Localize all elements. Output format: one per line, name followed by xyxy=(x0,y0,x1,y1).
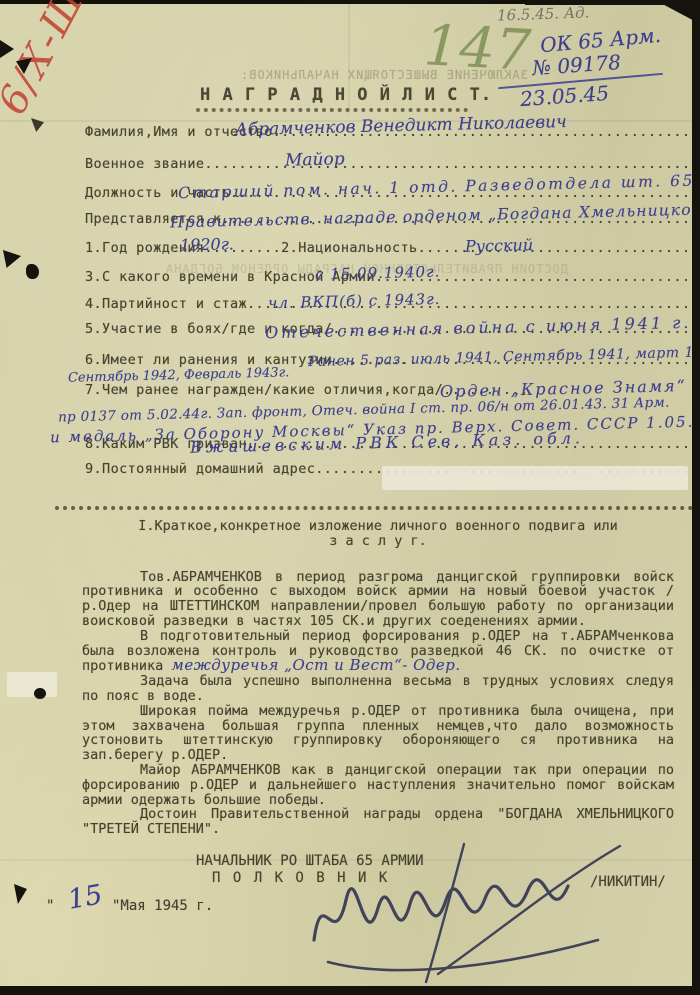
field-birth-nationality-label: 1.Год рождения.........2.Национальность.… xyxy=(85,240,687,256)
document-title: Н А Г Р А Д Н О Й Л И С Т. xyxy=(200,85,492,105)
citation-paragraph-2: В подготовительный период форсирования р… xyxy=(82,629,674,674)
citation-heading-line1: I.Краткое,конкретное изложение личного в… xyxy=(82,519,674,534)
date-quote-open: " xyxy=(46,898,54,914)
citation-heading-line2: з а с л у г. xyxy=(82,534,674,549)
citation-section: I.Краткое,конкретное изложение личного в… xyxy=(82,519,674,837)
paper-patch xyxy=(382,466,688,490)
scan-edge-bottom xyxy=(0,986,700,995)
dotted-separator xyxy=(55,506,693,510)
date-day-handwritten: 15 xyxy=(66,879,105,915)
paper-tear xyxy=(26,264,39,279)
field-nationality-value: Русский xyxy=(465,235,534,256)
paper-patch xyxy=(7,672,57,697)
field-rank-label: Военное звание..........................… xyxy=(85,156,687,172)
citation-paragraph-1: Тов.АБРАМЧЕНКОВ в период разгрома данциг… xyxy=(82,570,674,629)
citation-paragraph-4: Широкая пойма междуречья р.ОДЕР от проти… xyxy=(82,704,674,763)
signature-ink xyxy=(298,842,628,990)
citation-paragraph-5: Майор АБРАМЧЕНКОВ как в данцигской опера… xyxy=(82,763,674,807)
bleedthrough-text-title: ЗАКЛЮЧЕНИЕ ВЫШЕСТОЯЩИХ НАЧАЛЬНИКОВ: xyxy=(240,68,528,82)
scan-edge-right xyxy=(692,0,700,995)
citation-paragraph-6: Достоин Правительственной награды ордена… xyxy=(82,807,674,837)
citation-paragraph-2-handwritten: междуречья „Ост и Вест“- Одер. xyxy=(171,656,460,674)
scanned-award-document: 16.5.45. Ад. 147 ОК 65 Арм. № 09178 23.0… xyxy=(0,0,700,995)
title-underline xyxy=(196,108,468,112)
paper-sheet xyxy=(0,4,692,986)
field-birth-value: 1920г. xyxy=(180,234,234,254)
paper-tear xyxy=(34,688,46,699)
date-rest: "Мая 1945 г. xyxy=(112,898,213,914)
citation-paragraph-3: Задача была успешно выполненна весьма в … xyxy=(82,674,674,704)
field-rank-value: Майор xyxy=(285,149,345,170)
field-army-since-value: с 15.09.1940г. xyxy=(315,262,441,283)
signature-stroke-cross xyxy=(438,846,620,974)
